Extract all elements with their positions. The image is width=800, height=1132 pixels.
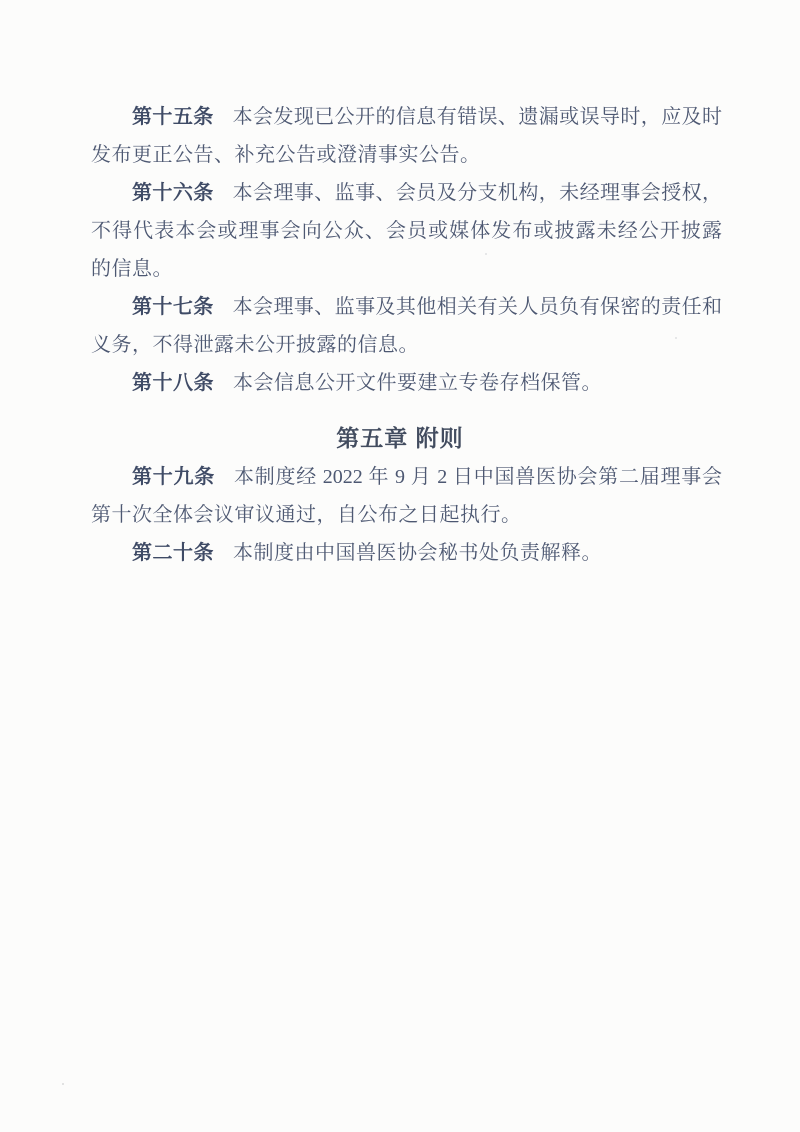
article-text: 本会信息公开文件要建立专卷存档保管。 — [233, 372, 602, 394]
article-line: 义务，不得泄露未公开披露的信息。 — [91, 331, 722, 359]
article-text: 本制度由中国兽医协会秘书处负责解释。 — [233, 542, 602, 564]
article-number: 第十八条 — [132, 372, 214, 394]
article-line: 第十六条本会理事、监事、会员及分支机构，未经理事会授权， — [91, 179, 722, 207]
article-number: 第十五条 — [132, 106, 214, 128]
article-text: 第十次全体会议审议通过，自公布之日起执行。 — [91, 504, 522, 526]
article-line: 第十次全体会议审议通过，自公布之日起执行。 — [91, 501, 722, 529]
article-number: 第十七条 — [132, 296, 214, 318]
article-line: 第二十条本制度由中国兽医协会秘书处负责解释。 — [91, 539, 722, 567]
article-number: 第二十条 — [132, 542, 214, 564]
article-line: 发布更正公告、补充公告或澄清事实公告。 — [91, 141, 722, 169]
article-number: 第十九条 — [132, 466, 215, 488]
article-line: 第十九条本制度经 2022 年 9 月 2 日中国兽医协会第二届理事会 — [91, 463, 722, 491]
article-line: 第十五条本会发现已公开的信息有错误、遗漏或误导时，应及时 — [91, 103, 722, 131]
document-page: 第十五条本会发现已公开的信息有错误、遗漏或误导时，应及时 发布更正公告、补充公告… — [0, 0, 800, 1132]
article-line: 不得代表本会或理事会向公众、会员或媒体发布或披露未经公开披露 — [91, 217, 722, 245]
article-text: 发布更正公告、补充公告或澄清事实公告。 — [91, 144, 481, 166]
article-number: 第十六条 — [132, 182, 214, 204]
article-text: 本制度经 2022 年 9 月 2 日中国兽医协会第二届理事会 — [234, 466, 722, 488]
article-line: 第十七条本会理事、监事及其他相关有关人员负有保密的责任和 — [91, 293, 722, 321]
article-text: 本会理事、监事、会员及分支机构，未经理事会授权， — [233, 182, 722, 204]
article-line: 的信息。 — [91, 255, 722, 283]
article-text: 不得代表本会或理事会向公众、会员或媒体发布或披露未经公开披露 — [91, 220, 722, 242]
chapter-heading: 第五章 附则 — [0, 423, 800, 453]
article-text: 的信息。 — [91, 258, 173, 280]
article-text: 义务，不得泄露未公开披露的信息。 — [91, 334, 419, 356]
article-text: 本会理事、监事及其他相关有关人员负有保密的责任和 — [233, 296, 722, 318]
article-line: 第十八条本会信息公开文件要建立专卷存档保管。 — [91, 369, 722, 397]
article-text: 本会发现已公开的信息有错误、遗漏或误导时，应及时 — [233, 106, 722, 128]
